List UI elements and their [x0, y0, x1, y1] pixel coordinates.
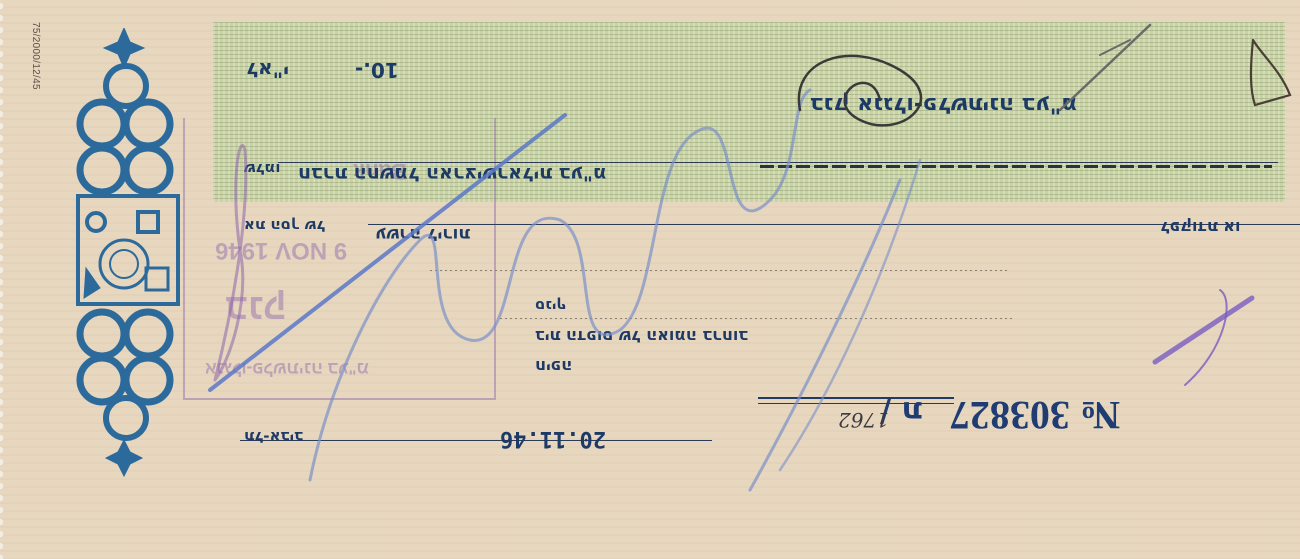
order-label: לפקודת או: [1160, 218, 1241, 237]
bank-stamp: Bank 9 NOV 1946 בנק אנגלו-פלשתינה בע"מ: [183, 118, 496, 400]
handwritten-note: 1762: [838, 408, 889, 432]
payee-name: חברת החשמל הארצישראלית בע"מ: [298, 163, 607, 185]
date-suffix: תל-אביב: [244, 428, 303, 446]
pay-label: שלמו: [244, 160, 280, 178]
cheque-document: 75/2000/12/45 Bank 9 NOV: [0, 0, 1300, 559]
cheque-no-label: №: [1080, 393, 1120, 438]
payee-dash-fill: [760, 165, 1272, 168]
stamp-date: 9 NOV 1946: [215, 236, 347, 264]
cheque-no: 303827: [950, 393, 1070, 438]
sum-label: את הסך של: [244, 217, 325, 235]
stamp-footer: אנגלו-פלשתינה בע"מ: [205, 358, 369, 378]
amount-value: 10.-: [355, 58, 399, 82]
bank-name: בנק אנגלו-פלשתינה בע"מ: [810, 92, 1077, 117]
currency-label: לא"י: [246, 58, 289, 82]
branch-dotted-line: [500, 318, 1012, 319]
stamp-word: בנק: [225, 288, 286, 330]
blank-line: [430, 270, 1010, 271]
cheque-number-block: № 303827 ת /: [880, 392, 1120, 439]
branch-line-2: חיפה: [535, 357, 572, 376]
sum-words: עשרה לירות: [375, 224, 470, 244]
date-line: [240, 440, 712, 441]
perforated-edge: [0, 0, 8, 559]
ornament-icon: [68, 28, 188, 478]
date-value: 20.11.46: [500, 426, 606, 451]
print-code: 75/2000/12/45: [30, 22, 41, 90]
branch-label: סניף: [535, 297, 567, 315]
branch-line-1: בית הדפוס של האומה ברחוב: [535, 327, 748, 346]
violet-mark: [1155, 298, 1252, 362]
